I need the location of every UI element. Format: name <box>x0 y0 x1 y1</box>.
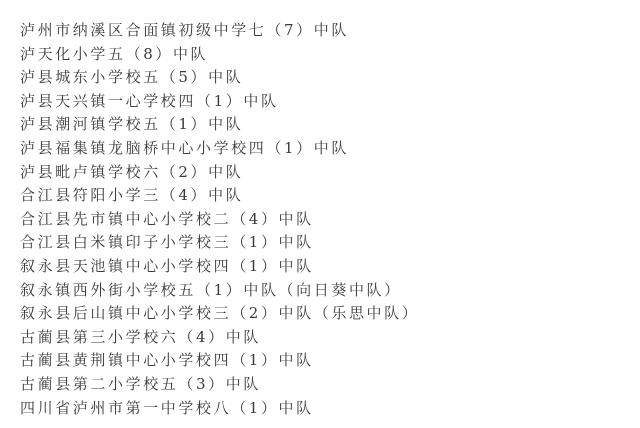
list-item: 泸县潮河镇学校五（1）中队 <box>20 113 630 137</box>
list-item: 叙永县后山镇中心小学校三（2）中队（乐思中队） <box>20 302 630 326</box>
list-item: 合江县先市镇中心小学校二（4）中队 <box>20 208 630 232</box>
list-item: 古蔺县第二小学校五（3）中队 <box>20 373 630 397</box>
list-item: 古蔺县第三小学校六（4）中队 <box>20 326 630 350</box>
list-item: 四川省泸州市第一中学校八（1）中队 <box>20 397 630 421</box>
list-item: 合江县白米镇印子小学校三（1）中队 <box>20 231 630 255</box>
list-item: 古蔺县黄荆镇中心小学校四（1）中队 <box>20 349 630 373</box>
list-item: 泸县天兴镇一心学校四（1）中队 <box>20 90 630 114</box>
list-item: 泸州市纳溪区合面镇初级中学七（7）中队 <box>20 19 630 43</box>
list-item: 泸县城东小学校五（5）中队 <box>20 66 630 90</box>
list-item: 泸县毗卢镇学校六（2）中队 <box>20 161 630 185</box>
list-item: 泸县福集镇龙脑桥中心小学校四（1）中队 <box>20 137 630 161</box>
list-item: 叙永镇西外街小学校五（1）中队（向日葵中队） <box>20 279 630 303</box>
list-item: 叙永县天池镇中心小学校四（1）中队 <box>20 255 630 279</box>
squadron-list: 泸州市纳溪区合面镇初级中学七（7）中队 泸天化小学五（8）中队 泸县城东小学校五… <box>20 19 630 420</box>
list-item: 合江县符阳小学三（4）中队 <box>20 184 630 208</box>
list-item: 泸天化小学五（8）中队 <box>20 43 630 67</box>
